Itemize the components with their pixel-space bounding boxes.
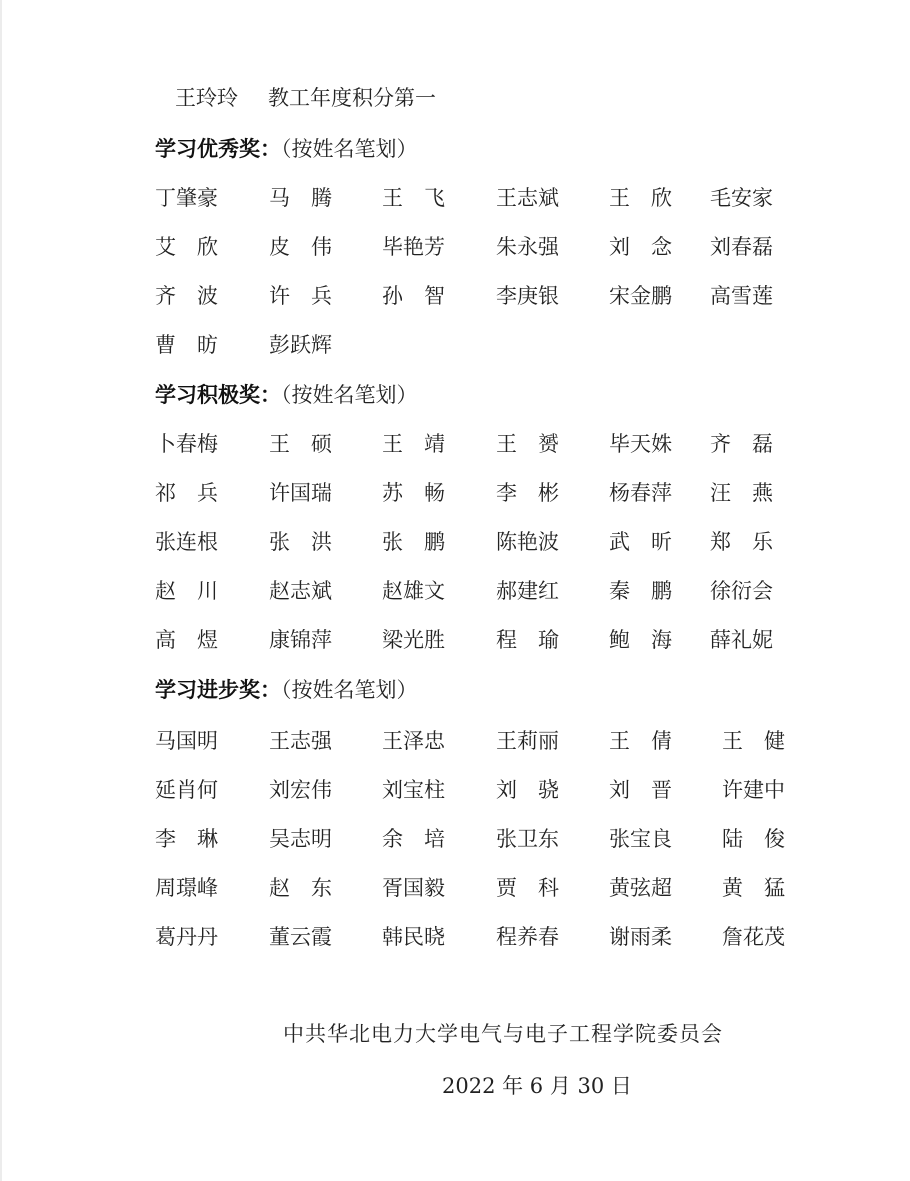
name-cell: 谢雨柔 xyxy=(609,923,672,951)
name-cell: 张卫东 xyxy=(496,825,559,853)
intro-name: 王玲玲 xyxy=(175,86,238,110)
name-cell: 秦 鹏 xyxy=(609,577,672,605)
name-cell: 王 靖 xyxy=(382,430,445,458)
name-cell: 贾 科 xyxy=(496,874,559,902)
name-cell: 赵 川 xyxy=(155,577,218,605)
name-cell: 张宝良 xyxy=(609,825,672,853)
name-cell: 薛礼妮 xyxy=(710,626,773,654)
name-cell: 王 赟 xyxy=(496,430,559,458)
name-cell: 董云霞 xyxy=(269,923,332,951)
name-cell: 张 鹏 xyxy=(382,528,445,556)
name-cell: 韩民晓 xyxy=(382,923,445,951)
name-cell: 刘 骁 xyxy=(496,776,559,804)
signature-organization: 中共华北电力大学电气与电子工程学院委员会 xyxy=(283,1020,723,1048)
name-cell: 郑 乐 xyxy=(710,528,773,556)
name-cell: 赵 东 xyxy=(269,874,332,902)
section-title: 学习进步奖： xyxy=(155,678,281,702)
name-cell: 徐衍会 xyxy=(710,577,773,605)
section-title: 学习积极奖： xyxy=(155,383,281,407)
name-cell: 曹 昉 xyxy=(155,331,218,359)
name-cell: 程 瑜 xyxy=(496,626,559,654)
name-cell: 张 洪 xyxy=(269,528,332,556)
name-cell: 宋金鹏 xyxy=(609,282,672,310)
name-cell: 李 彬 xyxy=(496,479,559,507)
name-cell: 刘 念 xyxy=(609,233,672,261)
name-cell: 马 腾 xyxy=(269,184,332,212)
name-cell: 李 琳 xyxy=(155,825,218,853)
name-cell: 程养春 xyxy=(496,923,559,951)
name-cell: 王 飞 xyxy=(382,184,445,212)
name-cell: 延肖何 xyxy=(155,776,218,804)
name-cell: 齐 波 xyxy=(155,282,218,310)
name-cell: 许建中 xyxy=(722,776,785,804)
page-edge xyxy=(0,0,2,1181)
name-cell: 王 硕 xyxy=(269,430,332,458)
name-cell: 鲍 海 xyxy=(609,626,672,654)
name-cell: 王 欣 xyxy=(609,184,672,212)
name-cell: 毕天姝 xyxy=(609,430,672,458)
name-cell: 周璟峰 xyxy=(155,874,218,902)
name-cell: 陆 俊 xyxy=(722,825,785,853)
intro-line: 王玲玲教工年度积分第一 xyxy=(175,84,436,112)
section-note: （按姓名笔划） xyxy=(281,383,418,407)
name-cell: 王志斌 xyxy=(496,184,559,212)
name-cell: 许国瑞 xyxy=(269,479,332,507)
name-cell: 艾 欣 xyxy=(155,233,218,261)
name-cell: 高 煜 xyxy=(155,626,218,654)
name-cell: 齐 磊 xyxy=(710,430,773,458)
name-cell: 吴志明 xyxy=(269,825,332,853)
name-cell: 卜春梅 xyxy=(155,430,218,458)
name-cell: 王 健 xyxy=(722,727,785,755)
name-cell: 苏 畅 xyxy=(382,479,445,507)
section-heading-excellent: 学习优秀奖：（按姓名笔划） xyxy=(155,135,418,163)
name-cell: 郝建红 xyxy=(496,577,559,605)
intro-text: 教工年度积分第一 xyxy=(268,86,436,110)
name-cell: 詹花茂 xyxy=(722,923,785,951)
name-cell: 刘宝柱 xyxy=(382,776,445,804)
name-cell: 陈艳波 xyxy=(496,528,559,556)
name-cell: 朱永强 xyxy=(496,233,559,261)
section-heading-active: 学习积极奖：（按姓名笔划） xyxy=(155,381,418,409)
name-cell: 王泽忠 xyxy=(382,727,445,755)
name-cell: 汪 燕 xyxy=(710,479,773,507)
name-cell: 王志强 xyxy=(269,727,332,755)
name-cell: 黄弦超 xyxy=(609,874,672,902)
name-cell: 刘春磊 xyxy=(710,233,773,261)
name-cell: 刘 晋 xyxy=(609,776,672,804)
section-title: 学习优秀奖： xyxy=(155,137,281,161)
section-note: （按姓名笔划） xyxy=(281,678,418,702)
name-cell: 余 培 xyxy=(382,825,445,853)
name-cell: 祁 兵 xyxy=(155,479,218,507)
name-cell: 李庚银 xyxy=(496,282,559,310)
name-cell: 黄 猛 xyxy=(722,874,785,902)
name-cell: 王莉丽 xyxy=(496,727,559,755)
name-cell: 毕艳芳 xyxy=(382,233,445,261)
section-heading-progress: 学习进步奖：（按姓名笔划） xyxy=(155,676,418,704)
name-cell: 高雪莲 xyxy=(710,282,773,310)
name-cell: 葛丹丹 xyxy=(155,923,218,951)
name-cell: 彭跃辉 xyxy=(269,331,332,359)
name-cell: 胥国毅 xyxy=(382,874,445,902)
name-cell: 王 倩 xyxy=(609,727,672,755)
name-cell: 许 兵 xyxy=(269,282,332,310)
name-cell: 张连根 xyxy=(155,528,218,556)
name-cell: 杨春萍 xyxy=(609,479,672,507)
name-cell: 孙 智 xyxy=(382,282,445,310)
name-cell: 刘宏伟 xyxy=(269,776,332,804)
name-cell: 马国明 xyxy=(155,727,218,755)
name-cell: 康锦萍 xyxy=(269,626,332,654)
signature-date: 2022 年 6 月 30 日 xyxy=(442,1072,632,1100)
name-cell: 赵志斌 xyxy=(269,577,332,605)
name-cell: 武 昕 xyxy=(609,528,672,556)
name-cell: 皮 伟 xyxy=(269,233,332,261)
name-cell: 梁光胜 xyxy=(382,626,445,654)
name-cell: 丁肇豪 xyxy=(155,184,218,212)
section-note: （按姓名笔划） xyxy=(281,137,418,161)
name-cell: 毛安家 xyxy=(710,184,773,212)
name-cell: 赵雄文 xyxy=(382,577,445,605)
